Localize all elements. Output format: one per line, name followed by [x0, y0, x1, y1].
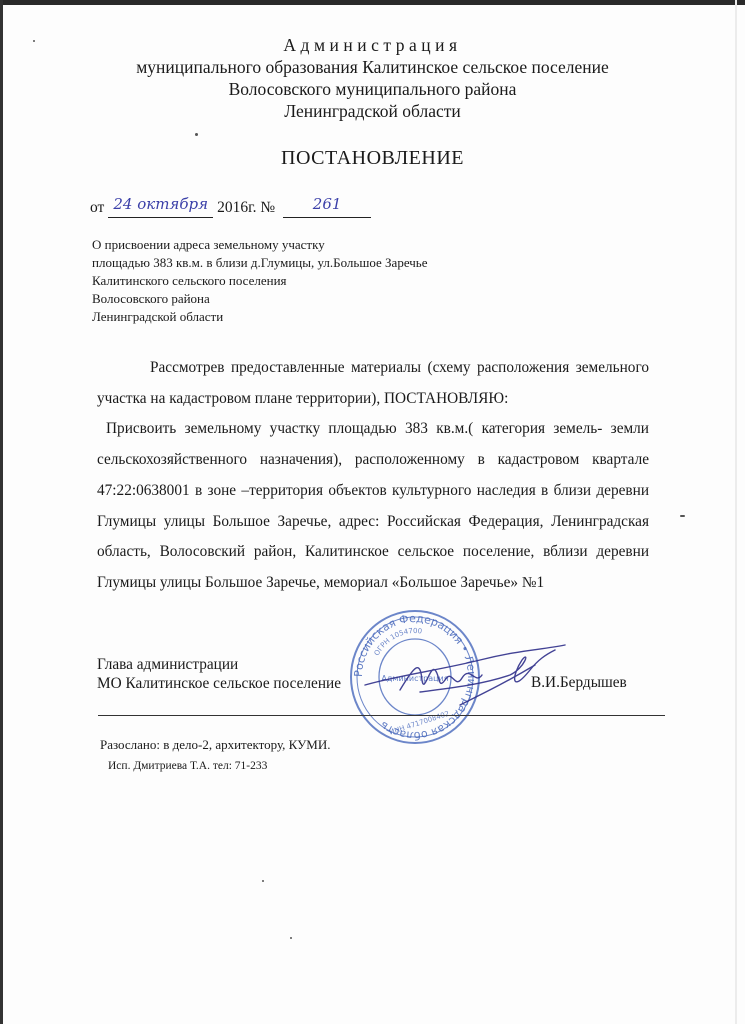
dateline-prefix: от	[90, 199, 104, 216]
handwritten-number: 261	[313, 195, 342, 213]
scan-border-top	[0, 0, 745, 5]
signer-name: В.И.Бердышев	[531, 674, 627, 692]
dateline: от 24 октября 2016г. № 261	[90, 198, 371, 218]
scan-speck	[680, 515, 685, 517]
header-administration: Администрация	[0, 34, 745, 56]
scan-speck	[195, 133, 198, 136]
subject-block: О присвоении адреса земельному участку п…	[92, 236, 428, 326]
header-region: Ленинградской области	[0, 100, 745, 122]
number-field: 261	[283, 198, 371, 218]
document-title: ПОСТАНОВЛЕНИЕ	[0, 147, 745, 170]
handwritten-date: 24 октября	[113, 195, 208, 213]
subject-line: Волосовского района	[92, 290, 428, 308]
document-header: Администрация муниципального образования…	[0, 34, 745, 122]
dateline-year: 2016г. №	[217, 199, 275, 216]
date-field: 24 октября	[108, 198, 213, 218]
subject-line: Ленинградской области	[92, 308, 428, 326]
footer-divider	[98, 715, 665, 716]
scan-speck	[33, 40, 35, 42]
header-district: Волосовского муниципального района	[0, 78, 745, 100]
executor-contact: Исп. Дмитриева Т.А. тел: 71-233	[108, 760, 267, 772]
body-paragraph-resolution: Присвоить земельному участку площадью 38…	[97, 414, 649, 598]
subject-line: Калитинского сельского поселения	[92, 272, 428, 290]
signature-block: Глава администрации МО Калитинское сельс…	[97, 655, 341, 693]
subject-line: О присвоении адреса земельному участку	[92, 236, 428, 254]
body-paragraph-considering: Рассмотрев предоставленные материалы (сх…	[97, 353, 649, 414]
header-municipality: муниципального образования Калитинское с…	[0, 56, 745, 78]
document-body: Рассмотрев предоставленные материалы (сх…	[97, 353, 649, 599]
scan-speck	[262, 880, 264, 882]
signer-position-org: МО Калитинское сельское поселение	[97, 674, 341, 693]
distribution-list: Разослано: в дело-2, архитектору, КУМИ.	[100, 737, 331, 753]
subject-line: площадью 383 кв.м. в близи д.Глумицы, ул…	[92, 254, 428, 272]
signer-position-title: Глава администрации	[97, 655, 341, 674]
scan-speck	[290, 937, 292, 939]
